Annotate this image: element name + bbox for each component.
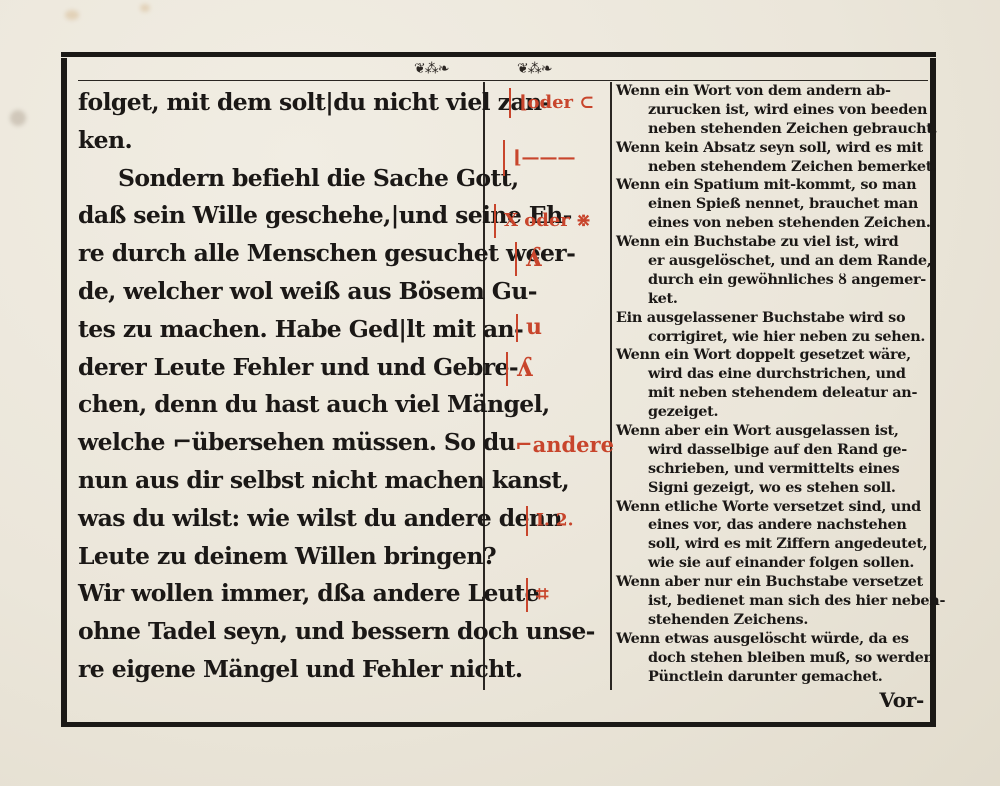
explanation-transpose-words: Wenn etliche Worte versetzet sind, und e… [616, 498, 928, 574]
text-line: folget, mit dem solt|du nicht viel zan- [78, 84, 483, 122]
text-line: tes zu machen. Habe Ged|lt mit an- [78, 311, 483, 349]
text-line: derer Leute Fehler und und Gebre- [78, 349, 483, 387]
proof-mark-transpose-words: I. 2. [526, 506, 574, 536]
proof-mark-no-paragraph: ⌊——— [503, 140, 576, 176]
text-line: re durch alle Menschen gesuchet weer- [78, 235, 483, 273]
mark-bar-icon [526, 506, 528, 536]
proof-mark-deleatur: ʎ [506, 352, 533, 386]
proof-mark-column: ⌊oder ⊂ ⌊——— X oder ⋇ ʎ u ʎ ⌐andere I. 2… [489, 82, 609, 682]
fleuron-ornament-left: ❦⁂❧ [414, 61, 448, 77]
text-line: daß sein Wille geschehe,|und seine Eh- [78, 197, 483, 235]
mark-bar-icon [515, 242, 517, 276]
text-line: nun aus dir selbst nicht machen kanst, [78, 462, 483, 500]
explanation-no-paragraph: Wenn kein Absatz seyn soll, wird es mit … [616, 139, 928, 177]
explanation-delete-letter: Wenn ein Buchstabe zu viel ist, wird er … [616, 233, 928, 309]
proof-mark-insert-space: X oder ⋇ [494, 204, 591, 238]
catchword: Vor- [616, 687, 928, 713]
proof-mark-separate-word: ⌊oder ⊂ [509, 88, 594, 118]
proof-mark-delete-letter: ʎ [515, 242, 542, 276]
main-text-column: folget, mit dem solt|du nicht viel zan- … [78, 84, 483, 689]
left-border-rule [61, 58, 67, 727]
page-frame: ❦⁂❧ ❦⁂❧ folget, mit dem solt|du nicht vi… [61, 52, 936, 728]
text-line: ohne Tadel seyn, und bessern doch unse- [78, 613, 483, 651]
paper-stain [65, 10, 79, 20]
text-line: Sondern befiehl die Sache Gott, [78, 160, 483, 198]
explanation-stet: Wenn etwas ausgelöscht würde, da es doch… [616, 630, 928, 687]
explanation-insert-space: Wenn ein Spatium mit-kommt, so man einen… [616, 176, 928, 233]
mark-bar-icon [526, 578, 528, 612]
mark-bar-icon [509, 88, 511, 118]
explanation-deleatur: Wenn ein Wort doppelt gesetzet wäre, wir… [616, 346, 928, 422]
proof-mark-insert-letter: u [516, 314, 542, 342]
fleuron-ornament-right: ❦⁂❧ [517, 61, 551, 77]
proof-mark-insert-word: ⌐andere [515, 432, 614, 457]
text-line: Wir wollen immer, dßa andere Leute [78, 575, 483, 613]
explanation-transpose-letter: Wenn aber nur ein Buchstabe versetzet is… [616, 573, 928, 630]
paper-stain [10, 110, 26, 126]
mark-bar-icon [494, 204, 496, 238]
top-border-rule [61, 52, 936, 57]
text-line: ken. [78, 122, 483, 160]
header-rule [78, 80, 928, 81]
explanation-separate-word: Wenn ein Wort von dem andern ab- zurucke… [616, 82, 928, 139]
mark-bar-icon [516, 314, 518, 342]
explanation-insert-letter: Ein ausgelassener Buchstabe wird so corr… [616, 309, 928, 347]
text-line: chen, denn du hast auch viel Mängel, [78, 386, 483, 424]
text-line: Leute zu deinem Willen bringen? [78, 538, 483, 576]
explanation-insert-word: Wenn aber ein Wort ausgelassen ist, wird… [616, 422, 928, 498]
text-line: was du wilst: wie wilst du andere denn [78, 500, 483, 538]
mark-bar-icon [503, 140, 505, 176]
column-divider-right [610, 82, 612, 690]
mark-bar-icon [506, 352, 508, 386]
explanation-column: Wenn ein Wort von dem andern ab- zurucke… [616, 82, 928, 713]
bottom-border-rule [61, 722, 936, 727]
proof-mark-transpose-letter: ⌗ [526, 578, 548, 612]
text-line: re eigene Mängel und Fehler nicht. [78, 651, 483, 689]
text-line: de, welcher wol weiß aus Bösem Gu- [78, 273, 483, 311]
text-line: welche ⌐übersehen müssen. So du [78, 424, 483, 462]
paper-stain [140, 4, 150, 12]
